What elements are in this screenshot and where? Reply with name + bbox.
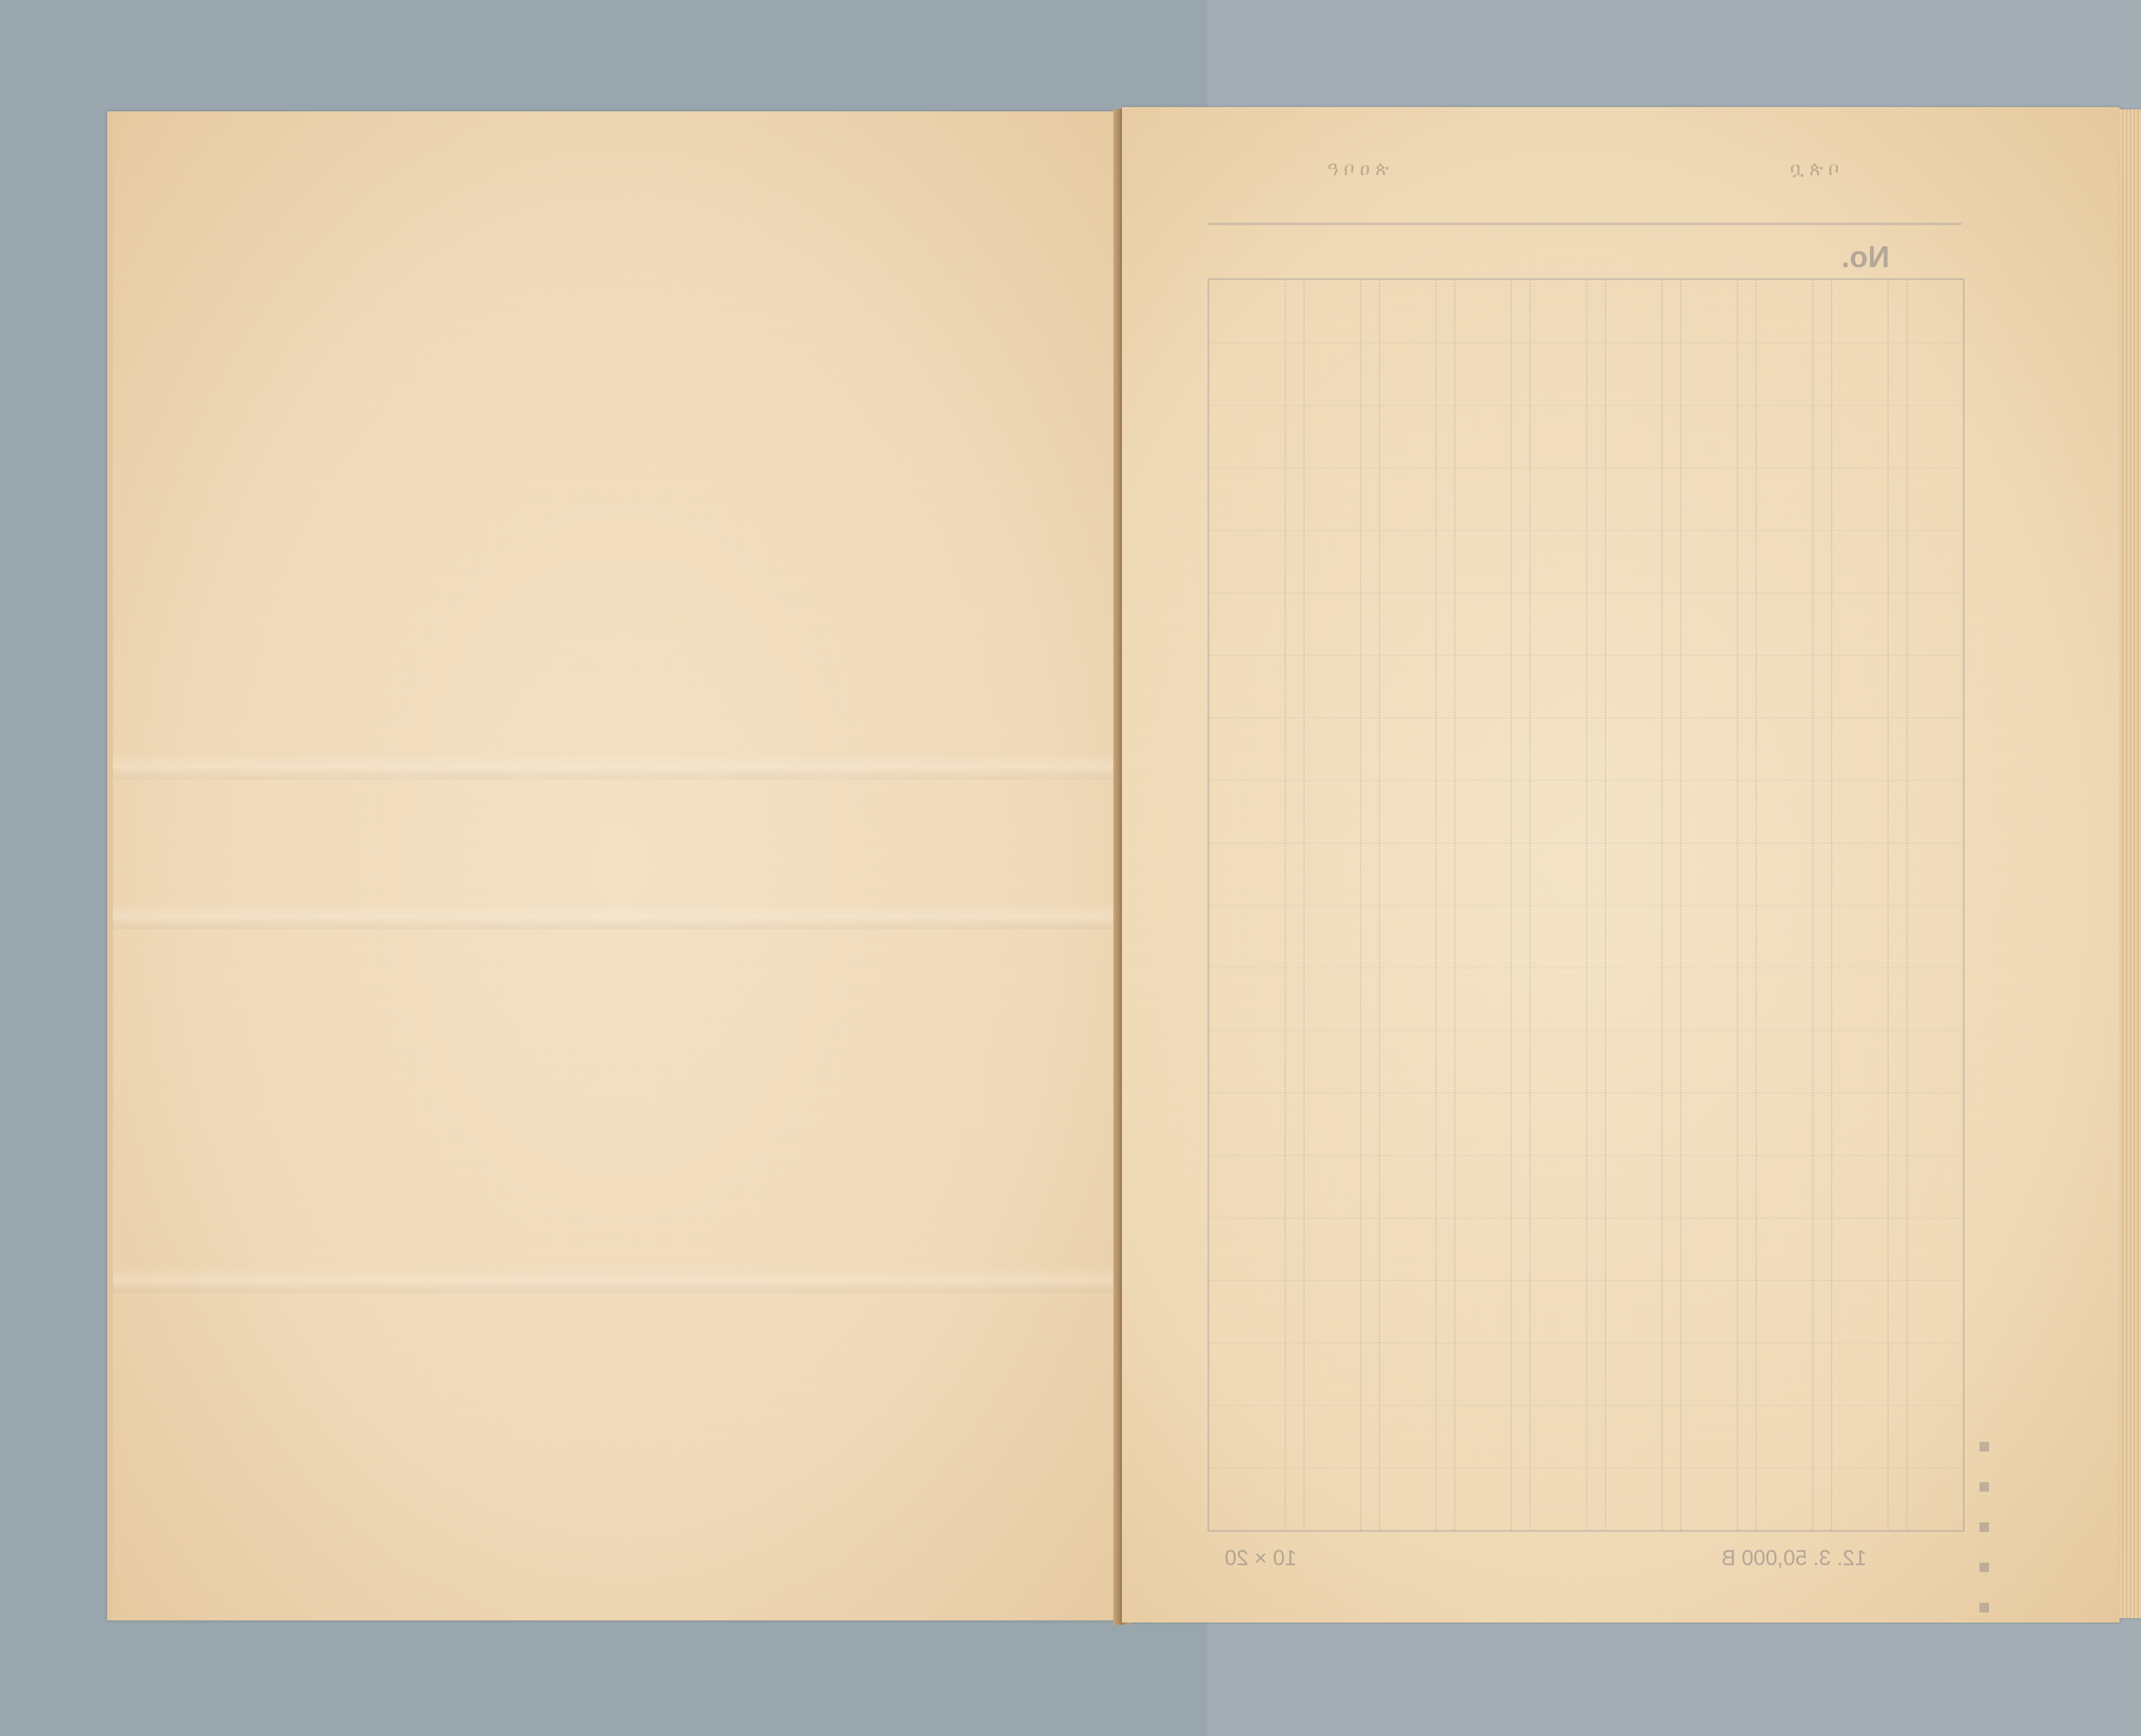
right-page: ዓ ቦ ዐ ጵ ቧ ጵ ቦ No. 10 × 20 12. 3. 50,000 … bbox=[1122, 107, 2120, 1623]
header-mark: ቧ ጵ ቦ bbox=[1790, 158, 1839, 180]
print-code-label: 12. 3. 50,000 B bbox=[1721, 1545, 1867, 1570]
grid-size-label: 10 × 20 bbox=[1225, 1545, 1297, 1570]
header-mark: ዓ ቦ ዐ ጵ bbox=[1327, 158, 1389, 180]
page-crease bbox=[113, 753, 1128, 779]
number-label: No. bbox=[1841, 240, 1890, 274]
header-rule bbox=[1208, 223, 1961, 225]
side-marks: ■ ■ ■ ■ ■ bbox=[1978, 1434, 2004, 1618]
page-edges bbox=[2120, 109, 2141, 1618]
page-crease bbox=[113, 1267, 1128, 1293]
left-page bbox=[107, 111, 1128, 1620]
page-crease bbox=[113, 903, 1128, 929]
manuscript-grid bbox=[1208, 278, 1965, 1532]
